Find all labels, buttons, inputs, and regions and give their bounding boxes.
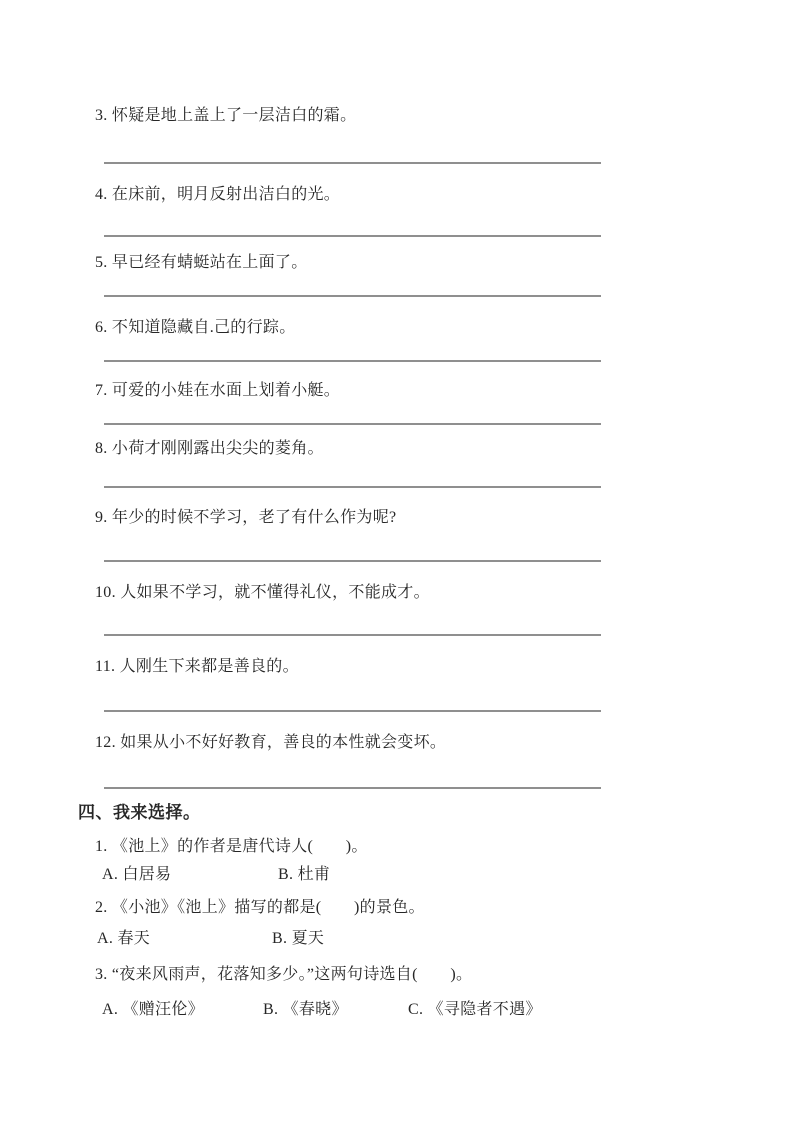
sentence-7: 7. 可爱的小娃在水面上划着小艇。	[95, 380, 340, 402]
sentence-9: 9. 年少的时候不学习，老了有什么作为呢?	[95, 507, 396, 529]
answer-line	[104, 295, 601, 297]
answer-line	[104, 423, 601, 425]
option-c: C. 《寻隐者不遇》	[408, 999, 542, 1021]
option-a: A. 白居易	[102, 864, 171, 886]
choice-question-3-options: A. 《赠汪伦》 B. 《春晓》 C. 《寻隐者不遇》	[0, 999, 793, 1021]
sentence-4: 4. 在床前，明月反射出洁白的光。	[95, 184, 340, 206]
sentence-5: 5. 早已经有蜻蜓站在上面了。	[95, 252, 308, 274]
sentence-10: 10. 人如果不学习，就不懂得礼仪，不能成才。	[95, 582, 430, 604]
worksheet-page: 3. 怀疑是地上盖上了一层洁白的霜。 4. 在床前，明月反射出洁白的光。 5. …	[0, 0, 793, 1122]
choice-question-1: 1. 《池上》的作者是唐代诗人( )。	[95, 836, 368, 858]
answer-line	[104, 360, 601, 362]
choice-question-2-options: A. 春天 B. 夏天	[0, 928, 793, 950]
answer-line	[104, 162, 601, 164]
option-b: B. 杜甫	[278, 864, 330, 886]
option-a: A. 《赠汪伦》	[102, 999, 204, 1021]
sentence-3: 3. 怀疑是地上盖上了一层洁白的霜。	[95, 105, 356, 127]
answer-line	[104, 710, 601, 712]
option-a: A. 春天	[97, 928, 150, 950]
section-four-heading: 四、我来选择。	[78, 802, 201, 824]
answer-line	[104, 787, 601, 789]
sentence-12: 12. 如果从小不好好教育，善良的本性就会变坏。	[95, 732, 446, 754]
answer-line	[104, 634, 601, 636]
answer-line	[104, 486, 601, 488]
sentence-6: 6. 不知道隐藏自.己的行踪。	[95, 317, 296, 339]
choice-question-1-options: A. 白居易 B. 杜甫	[0, 864, 793, 886]
sentence-8: 8. 小荷才刚刚露出尖尖的菱角。	[95, 438, 324, 460]
choice-question-2: 2. 《小池》《池上》描写的都是( )的景色。	[95, 897, 425, 919]
answer-line	[104, 560, 601, 562]
answer-line	[104, 235, 601, 237]
sentence-11: 11. 人刚生下来都是善良的。	[95, 656, 299, 678]
option-b: B. 夏天	[272, 928, 324, 950]
option-b: B. 《春晓》	[263, 999, 348, 1021]
choice-question-3: 3. “夜来风雨声，花落知多少。”这两句诗选自( )。	[95, 964, 472, 986]
